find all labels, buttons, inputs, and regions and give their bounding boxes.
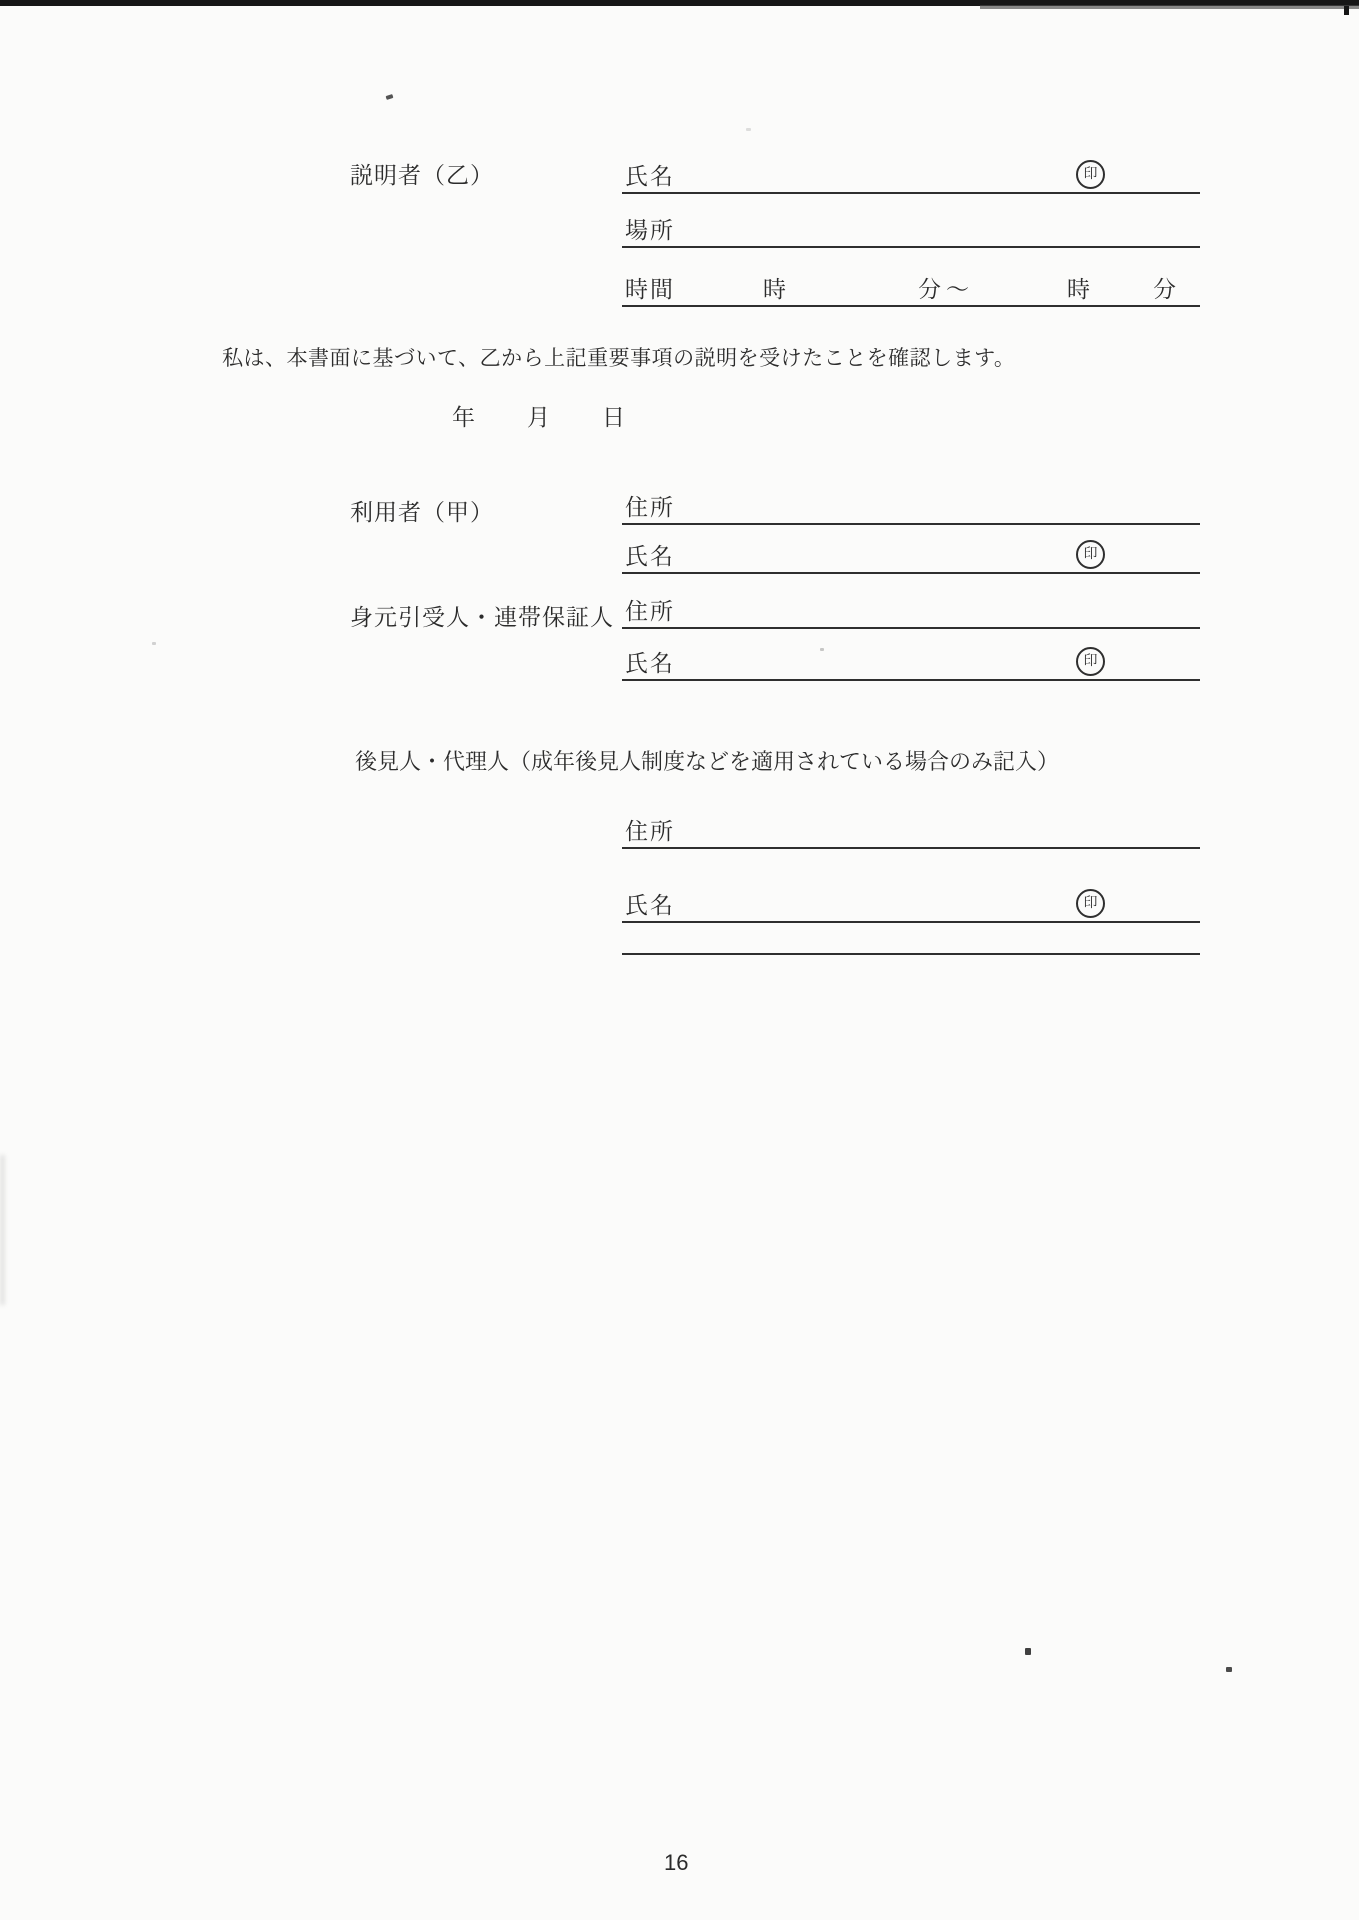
time-field-label: 時間 [625,271,675,304]
inkan-seal-icon: 印 [1076,160,1105,189]
scan-speck [152,642,156,645]
inkan-seal-icon: 印 [1076,540,1105,569]
guarantor-address-field: 住所 [622,593,1200,629]
name-field-label: 氏名 [625,538,675,571]
explainer-party-label: 説明者（乙） [350,157,494,190]
scan-edge-bar-shadow [980,5,1359,9]
tilde-separator: ～ [946,271,969,304]
extra-blank-signature-line [622,953,1200,955]
scanned-document-page: { "page": { "number": "16" }, "colors": … [0,0,1359,1920]
scan-speck [386,94,394,100]
date-day-label: 日 [602,399,625,432]
scan-speck [1226,1667,1232,1672]
explainer-time-field: 時間 時 分 ～ 時 分 [622,271,1200,307]
scan-edge-tick [1344,6,1349,15]
page-number: 16 [664,1850,688,1876]
scan-smudge-left-edge [0,1155,5,1305]
seal-glyph: 印 [1084,548,1098,562]
scan-speck [820,648,824,651]
inkan-seal-icon: 印 [1076,647,1105,676]
explainer-name-field: 氏名 印 [622,158,1200,194]
guardian-name-field: 氏名 印 [622,887,1200,923]
name-field-label: 氏名 [625,645,675,678]
guardian-heading: 後見人・代理人（成年後見人制度などを適用されている場合のみ記入） [355,745,1059,776]
user-address-field: 住所 [622,489,1200,525]
explainer-place-field: 場所 [622,212,1200,248]
address-field-label: 住所 [625,489,675,522]
guarantor-name-field: 氏名 印 [622,645,1200,681]
address-field-label: 住所 [625,593,675,626]
hour-unit-1: 時 [763,271,786,304]
address-field-label: 住所 [625,813,675,846]
seal-glyph: 印 [1084,655,1098,669]
confirmation-sentence: 私は、本書面に基づいて、乙から上記重要事項の説明を受けたことを確認します。 [222,342,1015,372]
minute-unit-1: 分 [918,271,941,304]
place-field-label: 場所 [625,212,675,245]
guarantor-party-label: 身元引受人・連帯保証人 [350,599,614,632]
user-party-label: 利用者（甲） [350,494,494,527]
inkan-seal-icon: 印 [1076,889,1105,918]
date-year-label: 年 [452,399,475,432]
seal-glyph: 印 [1084,897,1098,911]
user-name-field: 氏名 印 [622,538,1200,574]
seal-glyph: 印 [1084,168,1098,182]
minute-unit-2: 分 [1153,271,1176,304]
date-month-label: 月 [527,399,550,432]
scan-speck [746,128,751,131]
scan-speck [1025,1648,1031,1655]
name-field-label: 氏名 [625,158,675,191]
guardian-address-field: 住所 [622,813,1200,849]
name-field-label: 氏名 [625,887,675,920]
hour-unit-2: 時 [1067,271,1090,304]
